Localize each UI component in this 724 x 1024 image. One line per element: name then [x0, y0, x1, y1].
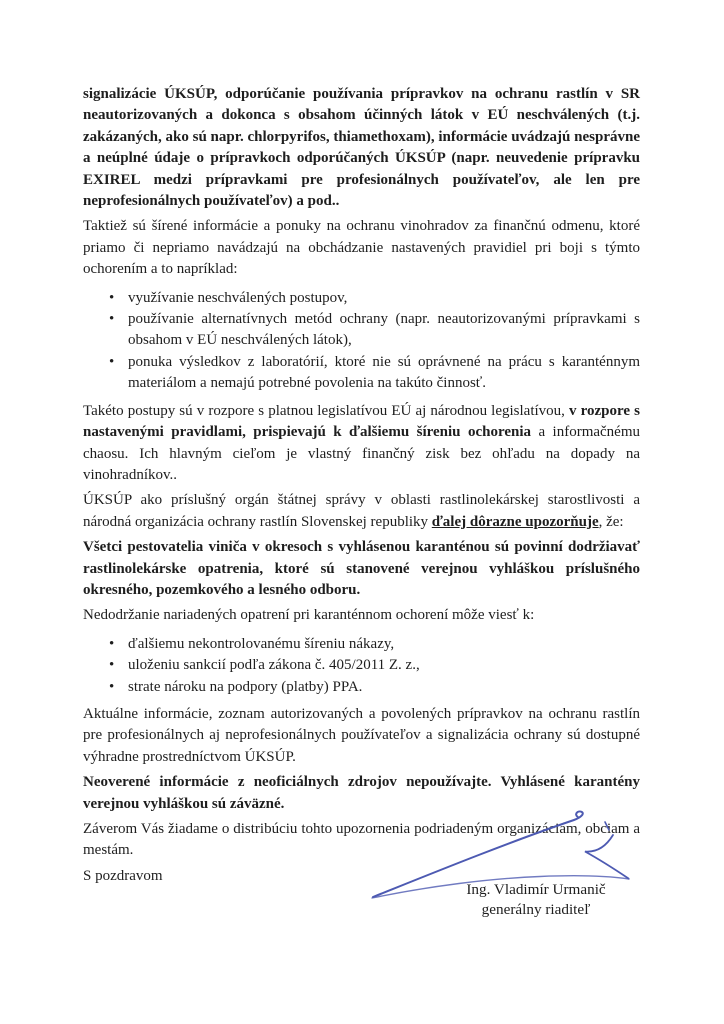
text-run-bold-underline: ďalej dôrazne upozorňuje [432, 514, 599, 530]
signatory-block: Ing. Vladimír Urmanič generálny riaditeľ [420, 880, 652, 919]
letter-body: signalizácie ÚKSÚP, odporúčanie používan… [83, 84, 640, 891]
paragraph-uksup-warning-intro: ÚKSÚP ako príslušný orgán štátnej správy… [83, 490, 640, 533]
paragraph-noncompliance-intro: Nedodržanie nariadených opatrení pri kar… [83, 605, 640, 626]
signatory-title: generálny riaditeľ [420, 900, 652, 920]
list-item: strate nároku na podpory (platby) PPA. [128, 677, 640, 698]
signatory-name: Ing. Vladimír Urmanič [420, 880, 652, 900]
paragraph-growers-obligation: Všetci pestovatelia viniča v okresoch s … [83, 537, 640, 601]
list-noncompliance-consequences: ďalšiemu nekontrolovanému šíreniu nákazy… [83, 634, 640, 698]
letter-page: signalizácie ÚKSÚP, odporúčanie používan… [0, 0, 724, 1024]
list-item: ponuka výsledkov z laboratórií, ktoré ni… [128, 352, 640, 395]
text-run: , že: [599, 514, 624, 530]
list-item: ďalšiemu nekontrolovanému šíreniu nákazy… [128, 634, 640, 655]
list-item: uloženiu sankcií podľa zákona č. 405/201… [128, 655, 640, 676]
list-circumvention-practices: využívanie neschválených postupov, použí… [83, 288, 640, 395]
paragraph-legal-violation: Takéto postupy sú v rozpore s platnou le… [83, 401, 640, 487]
paragraph-offers-intro: Taktiež sú šírené informácie a ponuky na… [83, 216, 640, 280]
list-item: využívanie neschválených postupov, [128, 288, 640, 309]
paragraph-misinformation-examples: signalizácie ÚKSÚP, odporúčanie používan… [83, 84, 640, 212]
list-item: používanie alternatívnych metód ochrany … [128, 309, 640, 352]
text-run: Takéto postupy sú v rozpore s platnou le… [83, 403, 569, 419]
signature-stroke-hook [585, 835, 629, 879]
paragraph-official-sources: Aktuálne informácie, zoznam autorizovaný… [83, 704, 640, 768]
signature-stroke-tick [605, 822, 609, 830]
